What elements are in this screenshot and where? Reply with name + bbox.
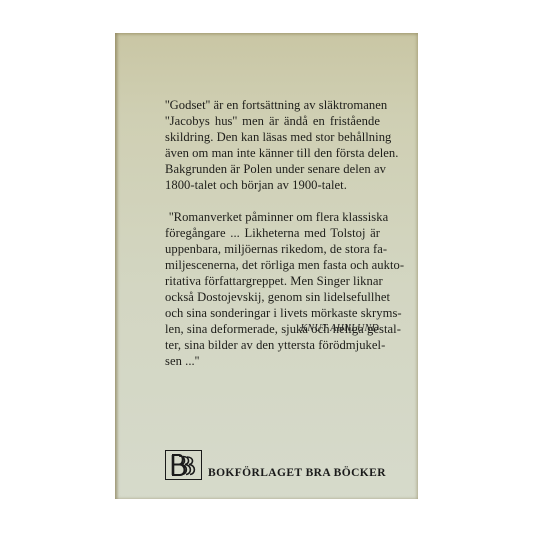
blurb-line: och sina sonderingar i livets mörkaste s…: [165, 305, 380, 321]
blurb-line: miljescenerna, det rörliga men fasta och…: [165, 257, 380, 273]
book-back-cover: ''Godset'' är en fortsättning av släktro…: [115, 33, 418, 499]
blurb-line: ter, sina bilder av den yttersta förödmj…: [165, 337, 380, 353]
blurb-line: även om man inte känner till den första …: [165, 145, 380, 161]
blurb-line: Bakgrunden är Polen under senare delen a…: [165, 161, 380, 177]
blurb-paragraph-1: ''Godset'' är en fortsättning av släktro…: [165, 97, 380, 193]
blurb-line: ritativa författargreppet. Men Singer li…: [165, 273, 380, 289]
blurb-line: skildring. Den kan läsas med stor behåll…: [165, 129, 380, 145]
quote-author: KNUT AHNLUND: [165, 323, 379, 334]
blurb-line: ''Godset'' är en fortsättning av släktro…: [165, 97, 380, 113]
blurb-line: ''Romanverket påminner om flera klassisk…: [165, 209, 380, 225]
triple-b-logo-icon: [165, 450, 202, 480]
blurb-line: också Dostojevskij, genom sin lidelseful…: [165, 289, 380, 305]
publisher-block: BOKFÖRLAGET BRA BÖCKER: [165, 450, 386, 480]
blurb-line: 1800-talet och början av 1900-talet.: [165, 177, 380, 193]
blurb-line: ''Jacobys hus'' men är ändå en friståend…: [165, 113, 380, 129]
blurb-paragraph-2: ''Romanverket påminner om flera klassisk…: [165, 209, 380, 369]
blurb-line: sen ...'': [165, 353, 380, 369]
publisher-name: BOKFÖRLAGET BRA BÖCKER: [208, 467, 386, 479]
blurb-line: uppenbara, miljöernas rikedom, de stora …: [165, 241, 380, 257]
blurb-line: föregångare ... Likheterna med Tolstoj ä…: [165, 225, 380, 241]
